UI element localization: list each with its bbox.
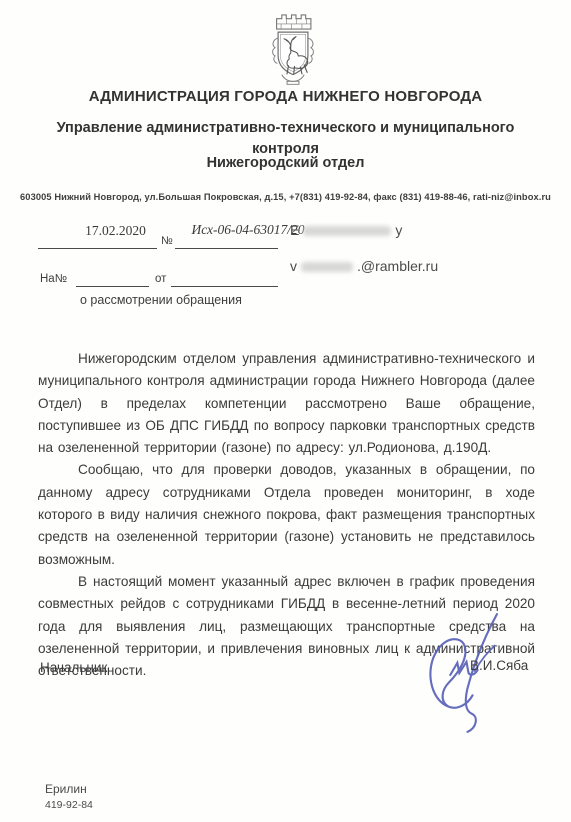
redaction-smudge [303,226,391,236]
signer-position-title: Начальник [40,660,107,675]
subject-line: о рассмотрении обращения [80,293,242,307]
contact-line: 603005 Нижний Новгород, ул.Большая Покро… [0,192,571,202]
department-name: Управление административно-технического … [0,118,571,160]
organization-name: АДМИНИСТРАЦИЯ ГОРОДА НИЖНЕГО НОВГОРОДА [0,88,571,105]
executor-name: Ерилин [45,782,87,796]
department-line-1: Управление административно-технического … [0,118,571,139]
reference-block: 17.02.2020 № Исх-06-04-63017/20 На№ от [38,222,283,298]
body-paragraph-2: Сообщаю, что для проверки доводов, указа… [38,459,535,570]
recipient-name-end: у [395,222,402,238]
recipient-email-end: .@rambler.ru [357,258,438,274]
division-name: Нижегородский отдел [0,155,571,171]
reply-from-label: от [155,273,166,285]
reference-row-date: 17.02.2020 № Исх-06-04-63017/20 [38,222,283,250]
scanned-letter-page: АДМИНИСТРАЦИЯ ГОРОДА НИЖНЕГО НОВГОРОДА У… [0,0,571,822]
signer-name: В.И.Сяба [470,658,528,673]
recipient-name-line: Еу [290,222,530,246]
date-underline [38,248,157,249]
body-paragraph-1: Нижегородским отделом управления админис… [38,348,535,459]
coat-of-arms-deer-icon [253,6,333,86]
reply-date-underline [171,286,278,287]
executor-phone: 419-92-84 [45,799,93,811]
handwritten-signature-icon [415,608,520,740]
redaction-smudge [301,262,353,272]
reply-number-label: На№ [40,273,67,285]
recipient-block: Еу v.@rambler.ru [290,222,530,294]
recipient-name-start: Е [290,222,299,238]
recipient-email-line: v.@rambler.ru [290,258,530,282]
number-label: № [161,235,173,247]
reply-number-underline [76,286,149,287]
number-underline [175,248,278,249]
recipient-email-start: v [290,258,297,274]
letter-date: 17.02.2020 [73,223,158,239]
